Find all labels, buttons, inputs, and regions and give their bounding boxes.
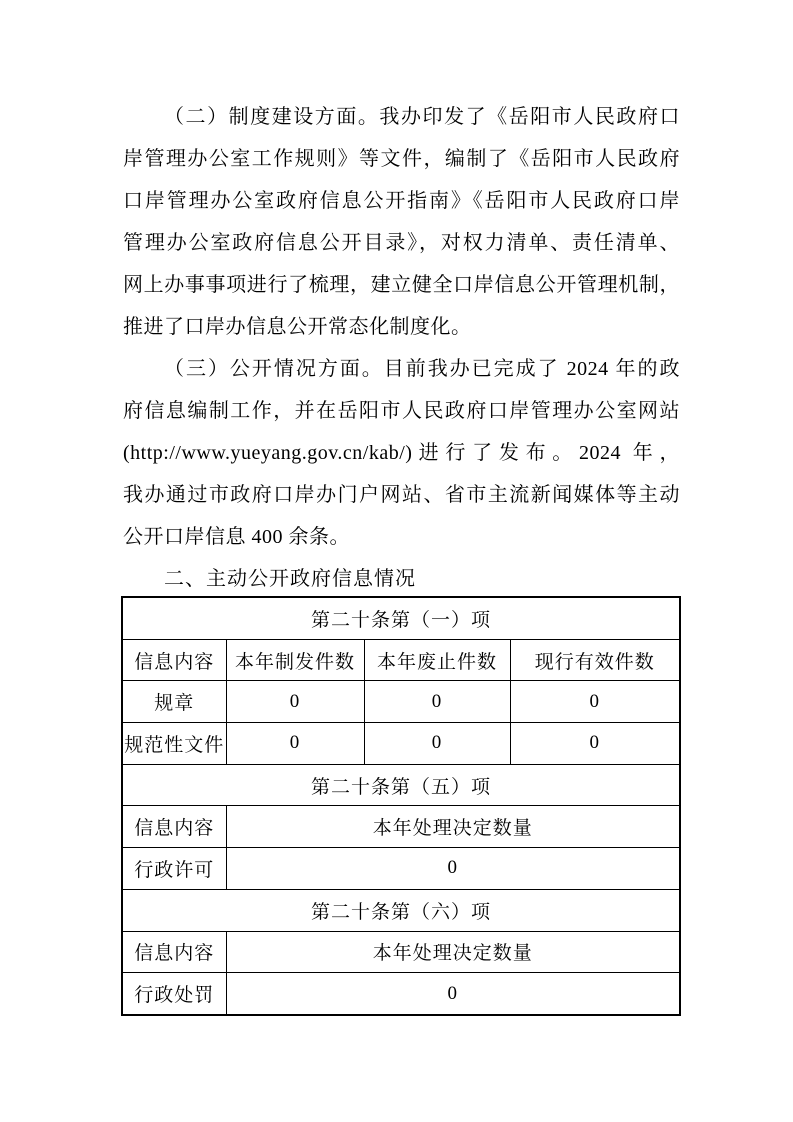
cell-value: 0 — [226, 973, 680, 1015]
row-label: 规范性文件 — [122, 723, 226, 765]
document-page: （二）制度建设方面。我办印发了《岳阳市人民政府口 岸管理办公室工作规则》等文件，… — [0, 0, 793, 1122]
table-row: 第二十条第（五）项 — [122, 764, 680, 806]
table-row: 规范性文件 0 0 0 — [122, 723, 680, 765]
text-line: 网上办事事项进行了梳理，建立健全口岸信息公开管理机制， — [123, 264, 680, 306]
paragraph-disclosure-status: （三）公开情况方面。目前我办已完成了 2024 年的政 府信息编制工作，并在岳阳… — [123, 348, 680, 558]
row-label: 规章 — [122, 681, 226, 723]
table-row: 信息内容 本年处理决定数量 — [122, 931, 680, 973]
table-row: 规章 0 0 0 — [122, 681, 680, 723]
text-line: （三）公开情况方面。目前我办已完成了 2024 年的政 — [123, 348, 680, 390]
table-section-title: 第二十条第（五）项 — [122, 764, 680, 806]
disclosure-info-table: 第二十条第（一）项 信息内容 本年制发件数 本年废止件数 现行有效件数 规章 0… — [121, 596, 681, 1016]
table-row: 信息内容 本年处理决定数量 — [122, 806, 680, 848]
table-row: 信息内容 本年制发件数 本年废止件数 现行有效件数 — [122, 639, 680, 681]
cell-value: 0 — [510, 723, 680, 765]
table-section-title: 第二十条第（一）项 — [122, 597, 680, 639]
document-content: （二）制度建设方面。我办印发了《岳阳市人民政府口 岸管理办公室工作规则》等文件，… — [123, 96, 680, 1016]
text-line: 口岸管理办公室政府信息公开指南》《岳阳市人民政府口岸 — [123, 180, 680, 222]
cell-value: 0 — [226, 681, 364, 723]
column-header: 信息内容 — [122, 639, 226, 681]
section-heading: 二、主动公开政府信息情况 — [123, 558, 680, 600]
table-row: 行政许可 0 — [122, 848, 680, 890]
text-line: (http://www.yueyang.gov.cn/kab/)进行了发布。20… — [123, 432, 680, 474]
text-line: （二）制度建设方面。我办印发了《岳阳市人民政府口 — [123, 96, 680, 138]
column-header: 现行有效件数 — [510, 639, 680, 681]
table-row: 行政处罚 0 — [122, 973, 680, 1015]
column-header: 本年处理决定数量 — [226, 931, 680, 973]
table-section-title: 第二十条第（六）项 — [122, 889, 680, 931]
text-line: 府信息编制工作，并在岳阳市人民政府口岸管理办公室网站 — [123, 390, 680, 432]
text-line: 岸管理办公室工作规则》等文件，编制了《岳阳市人民政府 — [123, 138, 680, 180]
column-header: 本年制发件数 — [226, 639, 364, 681]
cell-value: 0 — [364, 681, 510, 723]
column-header: 信息内容 — [122, 931, 226, 973]
text-line: 公开口岸信息 400 余条。 — [123, 516, 680, 558]
column-header: 信息内容 — [122, 806, 226, 848]
table-row: 第二十条第（六）项 — [122, 889, 680, 931]
cell-value: 0 — [226, 723, 364, 765]
text-line: 管理办公室政府信息公开目录》，对权力清单、责任清单、 — [123, 222, 680, 264]
cell-value: 0 — [510, 681, 680, 723]
paragraph-system-building: （二）制度建设方面。我办印发了《岳阳市人民政府口 岸管理办公室工作规则》等文件，… — [123, 96, 680, 348]
column-header: 本年处理决定数量 — [226, 806, 680, 848]
column-header: 本年废止件数 — [364, 639, 510, 681]
cell-value: 0 — [226, 848, 680, 890]
cell-value: 0 — [364, 723, 510, 765]
text-line: 推进了口岸办信息公开常态化制度化。 — [123, 306, 680, 348]
row-label: 行政许可 — [122, 848, 226, 890]
row-label: 行政处罚 — [122, 973, 226, 1015]
text-line: 我办通过市政府口岸办门户网站、省市主流新闻媒体等主动 — [123, 474, 680, 516]
table-row: 第二十条第（一）项 — [122, 597, 680, 639]
